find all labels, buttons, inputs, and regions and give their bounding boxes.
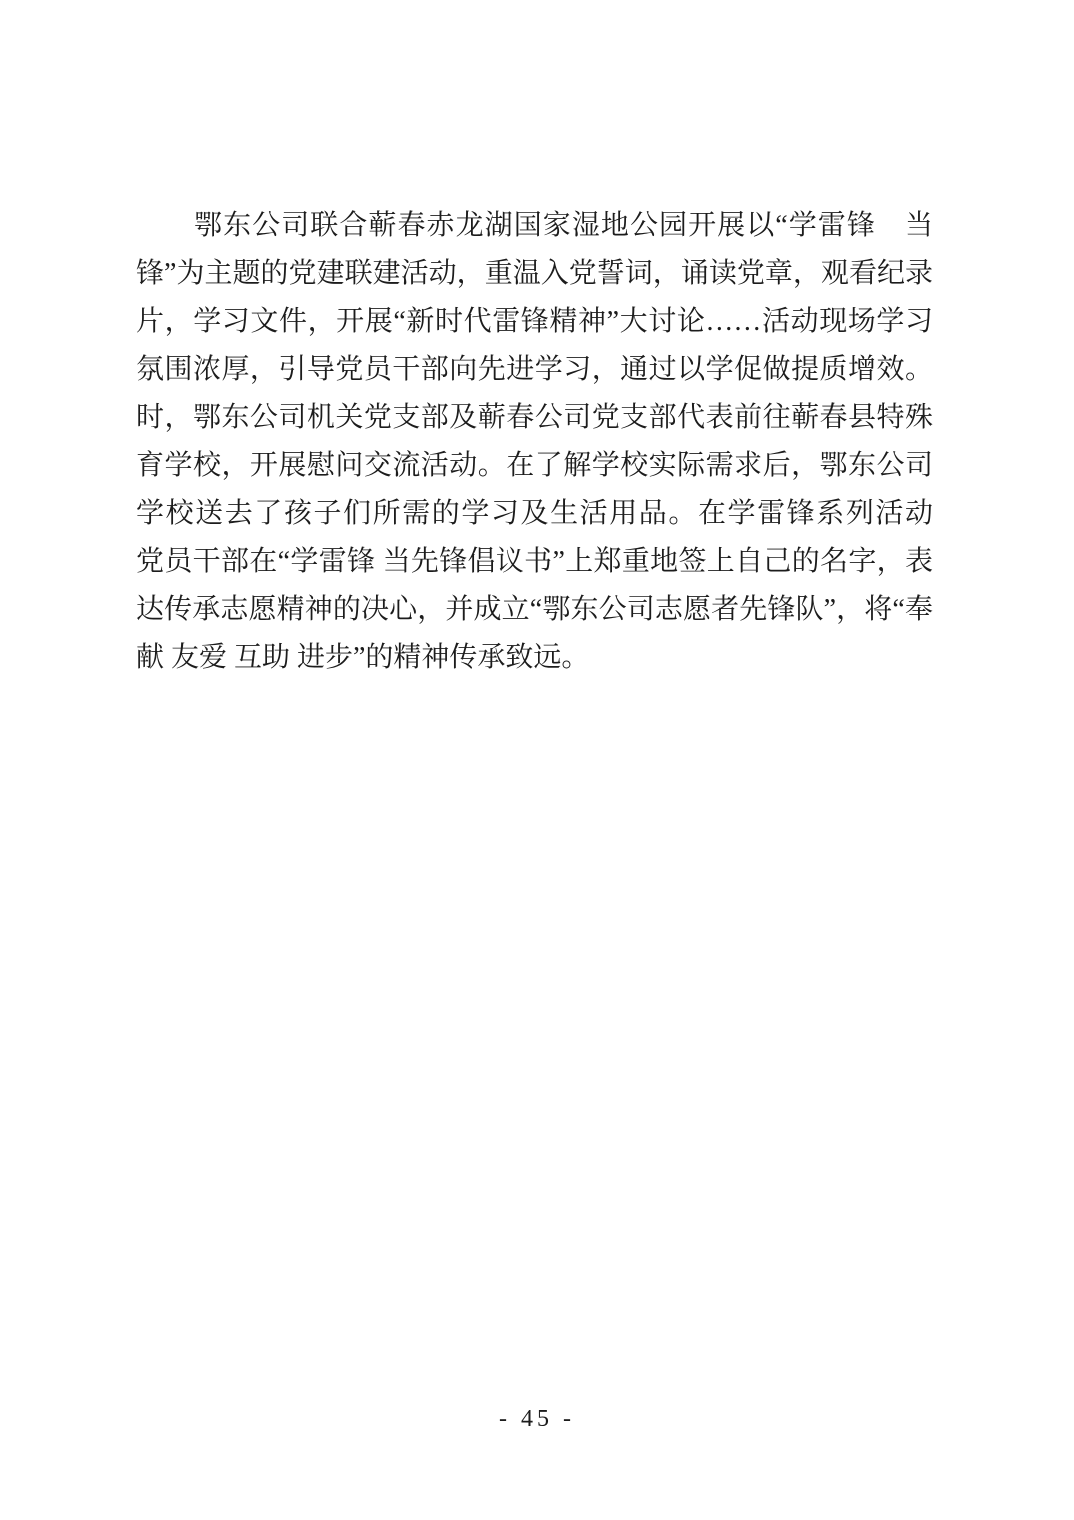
body-paragraph: 鄂东公司联合蕲春赤龙湖国家湿地公园开展以“学雷锋 当先锋”为主题的党建联建活动，… <box>136 202 933 682</box>
text-line: 学校送去了孩子们所需的学习及生活用品。在学雷锋系列活动中， <box>136 490 933 538</box>
text-line: 党员干部在“学雷锋 当先锋倡议书”上郑重地签上自己的名字，表 <box>136 538 933 586</box>
text-line: 育学校，开展慰问交流活动。在了解学校实际需求后，鄂东公司为 <box>136 442 933 490</box>
text-line: 片，学习文件，开展“新时代雷锋精神”大讨论……活动现场学习 <box>136 298 933 346</box>
text-line: 氛围浓厚，引导党员干部向先进学习，通过以学促做提质增效。同 <box>136 346 933 394</box>
page-number: - 45 - <box>0 1406 1074 1433</box>
text-line: 鄂东公司联合蕲春赤龙湖国家湿地公园开展以“学雷锋 当先 <box>136 202 933 250</box>
text-line: 达传承志愿精神的决心，并成立“鄂东公司志愿者先锋队”，将“奉 <box>136 586 933 634</box>
text-line: 锋”为主题的党建联建活动，重温入党誓词，诵读党章，观看纪录 <box>136 250 933 298</box>
text-line: 献 友爱 互助 进步”的精神传承致远。 <box>136 634 933 682</box>
text-line: 时，鄂东公司机关党支部及蕲春公司党支部代表前往蕲春县特殊教 <box>136 394 933 442</box>
document-page: 鄂东公司联合蕲春赤龙湖国家湿地公园开展以“学雷锋 当先锋”为主题的党建联建活动，… <box>0 0 1074 1520</box>
